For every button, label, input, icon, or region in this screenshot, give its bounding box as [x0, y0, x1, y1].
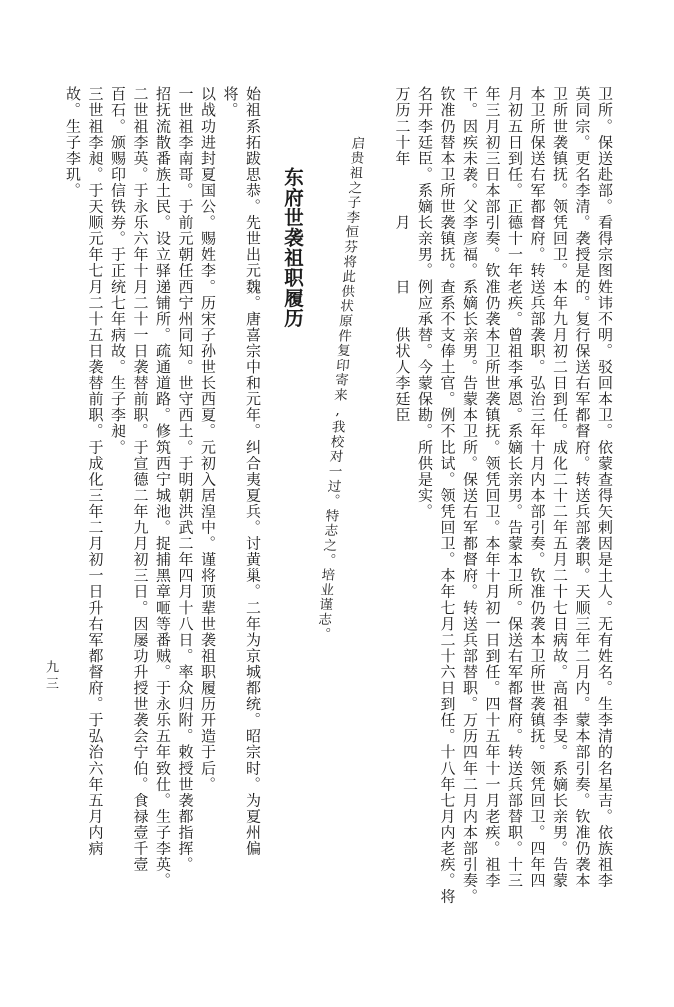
book-page: 卫所。保送赴部。看得宗图姓讳不明。驳回本卫。依蒙查得矢剌因是土人。无有姓名。生李… — [0, 0, 674, 1007]
text-column: 将。 — [219, 86, 242, 940]
text-column: 以战功进封夏国公。赐姓李。历宋子孙世长西夏。元初入居湟中。谨将顶辈世袭祖职履历开… — [197, 86, 220, 940]
text-column: 一世祖李南哥。于前元朝任西宁州同知。世守西土。于明朝洪武二年四月十八日。率众归附… — [174, 86, 197, 940]
text-column: 故。生子李玑。 — [62, 86, 85, 940]
text-column: 月初五日到任。正德十一年老疾。曾祖李承恩。系嫡长亲男。告蒙本卫所。保送右军都督府… — [504, 86, 527, 940]
text-column: 招抚流散番族土民。设立驿递铺所。疏通道路。修筑西宁城池。捉捕黑章咂等番贼。于永乐… — [152, 86, 175, 940]
text-column: 始祖系拓跋思恭。先世出元魏。唐喜宗中和元年。纠合夷夏兵。讨黄巢。二年为京城都统。… — [242, 86, 265, 940]
text-column: 百石。颁赐印信铁券。于正统七年病故。生子李昶。 — [107, 86, 130, 940]
section-body-block: 始祖系拓跋思恭。先世出元魏。唐喜宗中和元年。纠合夷夏兵。讨黄巢。二年为京城都统。… — [62, 86, 265, 940]
editor-note-column: 启贵祖之子李恒芬将此供状原件复印寄来,我校对一过。特志之。培业谨志。 — [312, 136, 366, 656]
text-column: 卫所。保送赴部。看得宗图姓讳不明。驳回本卫。依蒙查得矢剌因是土人。无有姓名。生李… — [594, 86, 617, 940]
text-column: 名开李廷臣。系嫡长亲男。例应承替。今蒙保勘。所供是实。 — [414, 86, 437, 940]
text-column: 二世祖李英。于永乐六年十月二十一日袭替前职。于宣德二年九月初三日。因屡功升授世袭… — [129, 86, 152, 940]
section-title: 东府世袭祖职履历 — [279, 167, 305, 367]
page-number: 九三 — [42, 660, 58, 720]
text-column: 干。因疾未袭。父李彦福。系嫡长亲男。告蒙本卫所。保送右军都督府。转送兵部替职。万… — [459, 86, 482, 940]
text-column: 万历二十年 月 日 供状人李廷臣 — [391, 86, 414, 940]
text-column: 英同宗。更名李清。袭授是的。复行保送右军都督府。转送兵部袭职。天顺三年二月内。蒙… — [571, 86, 594, 940]
text-column: 年三月初三日本部引奏。钦准仍袭本卫所世袭镇抚。领凭回卫。本年十月初一日到任。四十… — [481, 86, 504, 940]
text-column: 三世祖李昶。于天顺元年七月二十五日袭替前职。于成化三年二月初一日升右军都督府。于… — [84, 86, 107, 940]
text-column: 本卫所保送右军都督府。转送兵部袭职。弘治三年十月内本部引奏。钦准仍袭本卫所世袭镇… — [526, 86, 549, 940]
deposition-text-block: 卫所。保送赴部。看得宗图姓讳不明。驳回本卫。依蒙查得矢剌因是土人。无有姓名。生李… — [391, 86, 616, 940]
text-column: 钦准仍替本卫所世袭镇抚。查系不支俸土官。例不比试。领凭回卫。本年七月二十六日到任… — [436, 86, 459, 940]
text-column: 卫所世袭镇抚。领凭回卫。本年九月初二日到任。成化二十二年五月二十七日病故。高祖李… — [549, 86, 572, 940]
